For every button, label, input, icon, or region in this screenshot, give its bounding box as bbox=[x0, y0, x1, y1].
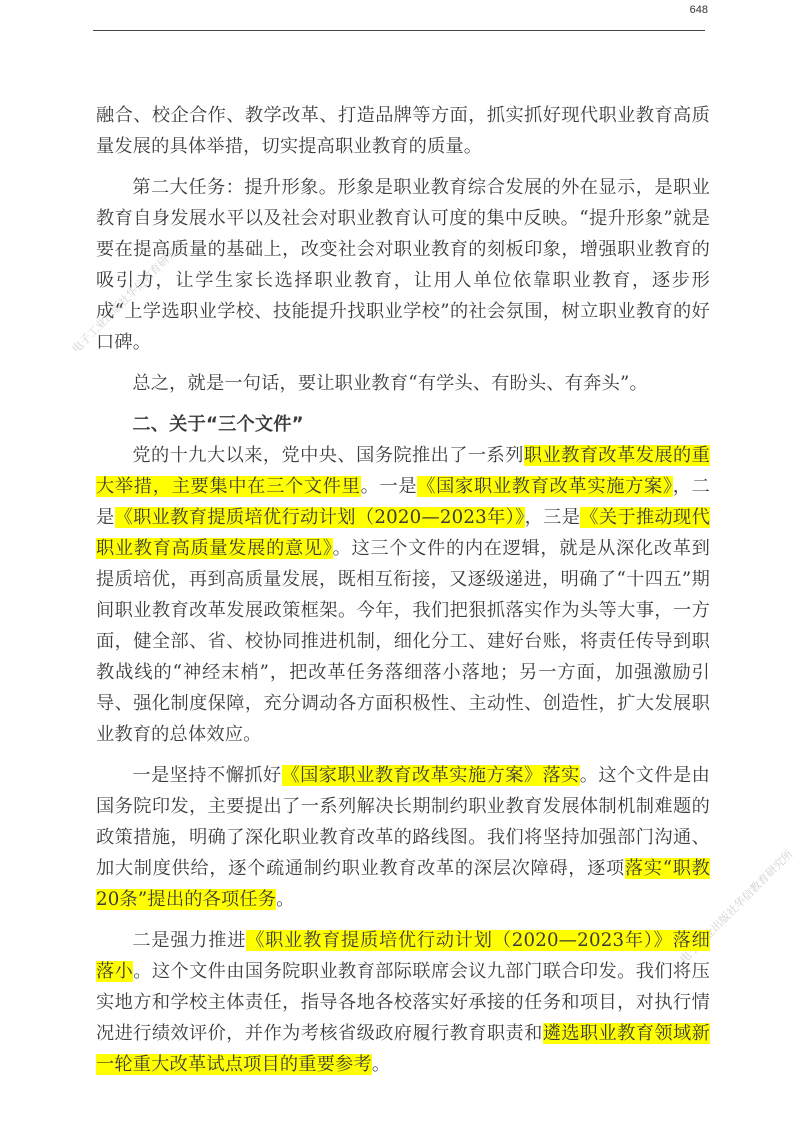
highlighted-text: 《职业教育提质培优行动计划（2020—2023年）》 bbox=[115, 507, 525, 528]
page-number: 648 bbox=[690, 4, 708, 16]
paragraph: 第二大任务：提升形象。形象是职业教育综合发展的外在显示，是职业教育自身发展水平以… bbox=[96, 172, 710, 358]
text-segment: 。 bbox=[276, 889, 294, 910]
text-segment: 一是坚持不懈抓好 bbox=[132, 765, 281, 786]
text-segment: 第二大任务：提升形象。形象是职业教育综合发展的外在显示，是职业教育自身发展水平以… bbox=[96, 177, 710, 353]
text-segment: 二、关于“三个文件” bbox=[132, 414, 303, 435]
header-rule bbox=[93, 30, 705, 31]
paragraph: 二是强力推进《职业教育提质培优行动计划（2020—2023年）》落细落小。这个文… bbox=[96, 925, 710, 1080]
paragraph: 融合、校企合作、教学改革、打造品牌等方面，抓实抓好现代职业教育高质量发展的具体举… bbox=[96, 100, 710, 162]
paragraph: 一是坚持不懈抓好《国家职业教育改革实施方案》落实。这个文件是由国务院印发，主要提… bbox=[96, 760, 710, 915]
text-segment: 。一是 bbox=[361, 476, 418, 497]
text-segment: 总之，就是一句话，要让职业教育“有学头、有盼头、有奔头”。 bbox=[132, 373, 647, 394]
section-heading: 二、关于“三个文件” bbox=[96, 409, 710, 440]
highlighted-text: 《国家职业教育改革实施方案》 bbox=[417, 476, 672, 497]
paragraph: 总之，就是一句话，要让职业教育“有学头、有盼头、有奔头”。 bbox=[96, 368, 710, 399]
paragraph: 党的十九大以来，党中央、国务院推出了一系列职业教育改革发展的重大举措，主要集中在… bbox=[96, 440, 710, 750]
text-segment: 。这三个文件的内在逻辑，就是从深化改革到提质培优，再到高质量发展，既相互衔接，又… bbox=[96, 538, 710, 745]
highlighted-text: 《国家职业教育改革实施方案》落实 bbox=[282, 765, 580, 786]
text-segment: 二是强力推进 bbox=[132, 930, 246, 951]
text-segment: 。 bbox=[372, 1054, 390, 1075]
text-segment: 融合、校企合作、教学改革、打造品牌等方面，抓实抓好现代职业教育高质量发展的具体举… bbox=[96, 105, 710, 157]
document-body: 融合、校企合作、教学改革、打造品牌等方面，抓实抓好现代职业教育高质量发展的具体举… bbox=[96, 100, 710, 1080]
text-segment: 党的十九大以来，党中央、国务院推出了一系列 bbox=[132, 445, 523, 466]
text-segment: ，三是 bbox=[525, 507, 581, 528]
